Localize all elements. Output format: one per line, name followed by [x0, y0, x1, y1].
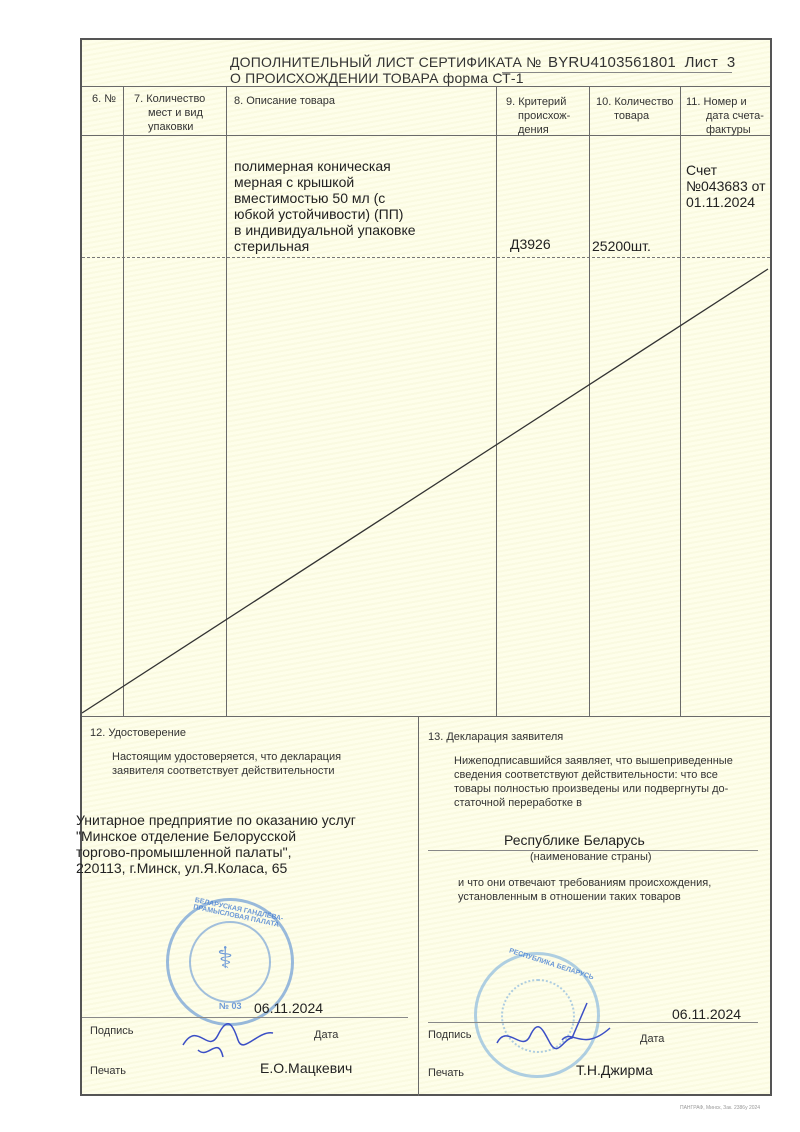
certificate-number: BYRU4103561801 — [548, 54, 676, 71]
declaration-signature — [492, 998, 612, 1068]
title-line-1: ДОПОЛНИТЕЛЬНЫЙ ЛИСТ СЕРТИФИКАТА № — [230, 54, 541, 70]
col-header-description: 8. Описание товара — [234, 94, 335, 108]
description-line: юбкой устойчивости) (ПП) — [234, 206, 416, 222]
certification-signatory: Е.О.Мацкевич — [260, 1060, 352, 1076]
col-header-number: 6. № — [92, 92, 116, 106]
certification-date: 06.11.2024 — [254, 1000, 323, 1016]
table-header-bottom-border — [82, 135, 770, 136]
declaration-heading: 13. Декларация заявителя — [428, 730, 563, 744]
title-line-2: О ПРОИСХОЖДЕНИИ ТОВАРА форма СТ-1 — [230, 70, 524, 86]
declaration-text: Нижеподписавшийся заявляет, что вышеприв… — [454, 754, 733, 810]
caduceus-icon: ⚕ — [217, 941, 233, 976]
certification-stamp-label: Печать — [90, 1064, 126, 1078]
certification-text-line: заявителя соответствует действительности — [112, 764, 341, 778]
declaration-signatory: Т.Н.Джирма — [576, 1062, 653, 1078]
diagonal-strike-line — [82, 257, 772, 717]
col-header-quantity: 10. Количество товара — [596, 95, 673, 123]
declaration-date-label: Дата — [640, 1032, 664, 1046]
col11-line-2: дата счета- — [686, 109, 764, 123]
invoice-line: №043683 от — [686, 178, 766, 194]
title-text-1: ДОПОЛНИТЕЛЬНЫЙ ЛИСТ СЕРТИФИКАТА № — [230, 54, 541, 70]
col7-line-2: мест и вид — [134, 106, 205, 120]
certification-signature-label: Подпись — [90, 1024, 134, 1038]
declaration-country: Республике Беларусь — [504, 832, 645, 848]
certificate-number-field: BYRU4103561801 Лист 3 — [548, 54, 735, 71]
certifying-organization: Унитарное предприятие по оказанию услуг … — [76, 812, 356, 876]
stamp-text: РЕСПУБЛИКА БЕЛАРУСЬ — [508, 947, 594, 981]
certification-signature — [178, 1015, 278, 1065]
declaration-stamp-label: Печать — [428, 1066, 464, 1080]
col10-line-1: 10. Количество — [596, 95, 673, 109]
certification-date-label: Дата — [314, 1028, 338, 1042]
col-header-packages: 7. Количество мест и вид упаковки — [134, 92, 205, 134]
col9-line-1: 9. Критерий — [506, 95, 570, 109]
certification-text: Настоящим удостоверяется, что декларация… — [112, 750, 341, 778]
invoice-line: 01.11.2024 — [686, 194, 766, 210]
col-header-invoice: 11. Номер и дата счета- фактуры — [686, 95, 764, 137]
table-top-border — [82, 86, 770, 87]
certificate-sheet: ДОПОЛНИТЕЛЬНЫЙ ЛИСТ СЕРТИФИКАТА № О ПРОИ… — [80, 38, 772, 1096]
bottom-section-divider — [418, 716, 419, 1096]
sheet-number: 3 — [727, 54, 736, 71]
declaration-text2-line: установленным в отношении таких товаров — [458, 890, 711, 904]
description-line: мерная с крышкой — [234, 174, 416, 190]
description-line: вместимостью 50 мл (с — [234, 190, 416, 206]
certification-heading: 12. Удостоверение — [90, 726, 186, 740]
organization-line: 220113, г.Минск, ул.Я.Коласа, 65 — [76, 860, 356, 876]
stamp-number: № 03 — [219, 1001, 242, 1011]
col7-line-1: 7. Количество — [134, 92, 205, 106]
organization-line: Унитарное предприятие по оказанию услуг — [76, 812, 356, 828]
declaration-text-line: статочной переработке в — [454, 796, 733, 810]
col11-line-3: фактуры — [686, 123, 764, 137]
col7-line-3: упаковки — [134, 120, 205, 134]
goods-quantity: 25200шт. — [592, 238, 651, 254]
printer-note: ПАНГРАФ, Минск, Зак. 2386у 2024 — [680, 1105, 760, 1111]
declaration-signature-label: Подпись — [428, 1028, 472, 1042]
organization-line: торгово-промышленной палаты", — [76, 844, 356, 860]
description-line: полимерная коническая — [234, 158, 416, 174]
declaration-text2-line: и что они отвечают требованиям происхожд… — [458, 876, 711, 890]
certificate-number-underline — [502, 72, 732, 73]
col-header-criterion: 9. Критерий происхож- дения — [506, 95, 570, 137]
invoice-info: Счет №043683 от 01.11.2024 — [686, 162, 766, 210]
description-line: стерильная — [234, 238, 416, 254]
col9-line-2: происхож- — [506, 109, 570, 123]
declaration-text-line: Нижеподписавшийся заявляет, что вышеприв… — [454, 754, 733, 768]
organization-line: "Минское отделение Белорусской — [76, 828, 356, 844]
sheet-label: Лист — [685, 54, 718, 71]
certification-text-line: Настоящим удостоверяется, что декларация — [112, 750, 341, 764]
declaration-text-2: и что они отвечают требованиям происхожд… — [458, 876, 711, 904]
origin-criterion: Д3926 — [510, 236, 551, 252]
declaration-date: 06.11.2024 — [672, 1006, 741, 1022]
description-line: в индивидуальной упаковке — [234, 222, 416, 238]
goods-description: полимерная коническая мерная с крышкой в… — [234, 158, 416, 254]
col9-line-3: дения — [506, 123, 570, 137]
invoice-line: Счет — [686, 162, 766, 178]
declaration-text-line: товары полностью произведены или подверг… — [454, 782, 733, 796]
col10-line-2: товара — [596, 109, 673, 123]
country-caption: (наименование страны) — [530, 850, 652, 864]
col11-line-1: 11. Номер и — [686, 95, 764, 109]
declaration-text-line: сведения соответствуют действительности:… — [454, 768, 733, 782]
